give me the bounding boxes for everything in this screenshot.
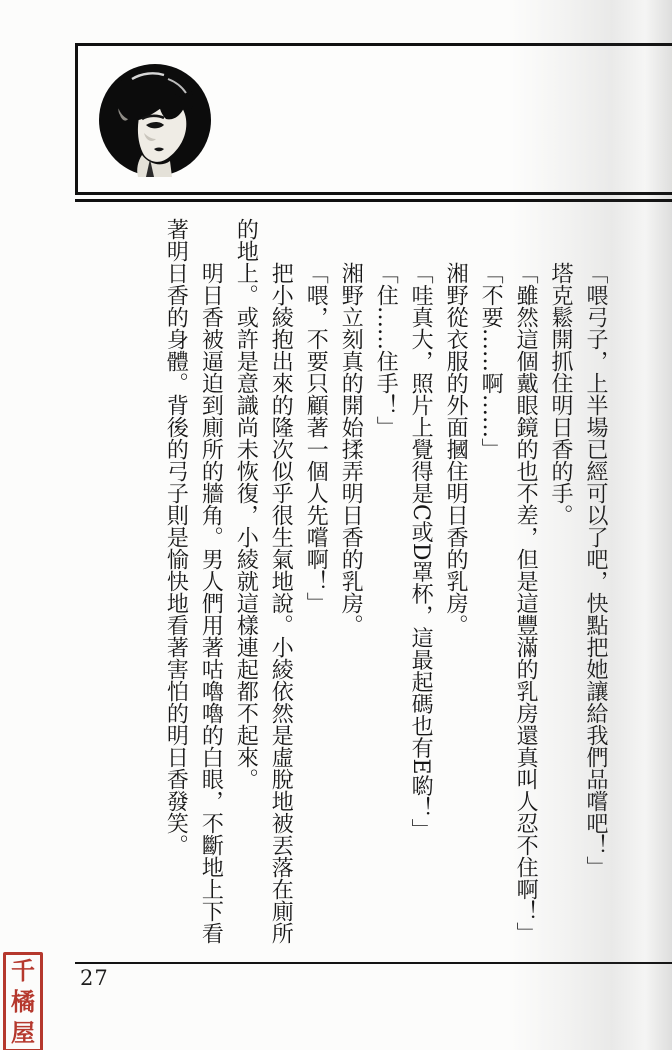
vertical-text-block: 「喂弓子，上半場已經可以了吧，快點把她讓給我們品嚐吧！」 塔克鬆開抓住明日香的手… xyxy=(157,218,612,958)
text-paragraph: 明日香被逼迫到廁所的牆角。男人們用著咕嚕嚕的白眼，不斷地上下看著明日香的身體。背… xyxy=(157,218,227,958)
red-seal-stamp: 千 橘 屋 xyxy=(3,952,43,1050)
text-paragraph: 「哇真大，照片上覺得是C或D罩杯，這最起碼也有E喲！」 xyxy=(402,218,437,958)
header-panel xyxy=(75,43,672,195)
manga-girl-portrait-image xyxy=(98,61,212,179)
seal-character: 橘 xyxy=(11,988,35,1016)
text-paragraph: 「喂，不要只顧著一個人先嚐啊！」 xyxy=(297,218,332,958)
footer-rule xyxy=(75,962,672,964)
page-number: 27 xyxy=(80,966,109,990)
text-paragraph: 把小綾抱出來的隆次似乎很生氣地說。小綾依然是虛脫地被丟落在廁所的地上。或許是意識… xyxy=(227,218,297,958)
text-paragraph: 「住……住手！」 xyxy=(367,218,402,958)
seal-character: 千 xyxy=(11,957,35,985)
header-panel-underline xyxy=(75,199,672,202)
text-paragraph: 「喂弓子，上半場已經可以了吧，快點把她讓給我們品嚐吧！」 xyxy=(577,218,612,958)
seal-character: 屋 xyxy=(11,1019,35,1047)
text-paragraph: 湘野立刻真的開始揉弄明日香的乳房。 xyxy=(332,218,367,958)
text-paragraph: 「不要……啊……」 xyxy=(472,218,507,958)
text-paragraph: 湘野從衣服的外面摑住明日香的乳房。 xyxy=(437,218,472,958)
text-paragraph: 「雖然這個戴眼鏡的也不差，但是這豐滿的乳房還真叫人忍不住啊！」 xyxy=(507,218,542,958)
text-paragraph: 塔克鬆開抓住明日香的手。 xyxy=(542,218,577,958)
scanned-page: 「喂弓子，上半場已經可以了吧，快點把她讓給我們品嚐吧！」 塔克鬆開抓住明日香的手… xyxy=(0,0,672,1050)
